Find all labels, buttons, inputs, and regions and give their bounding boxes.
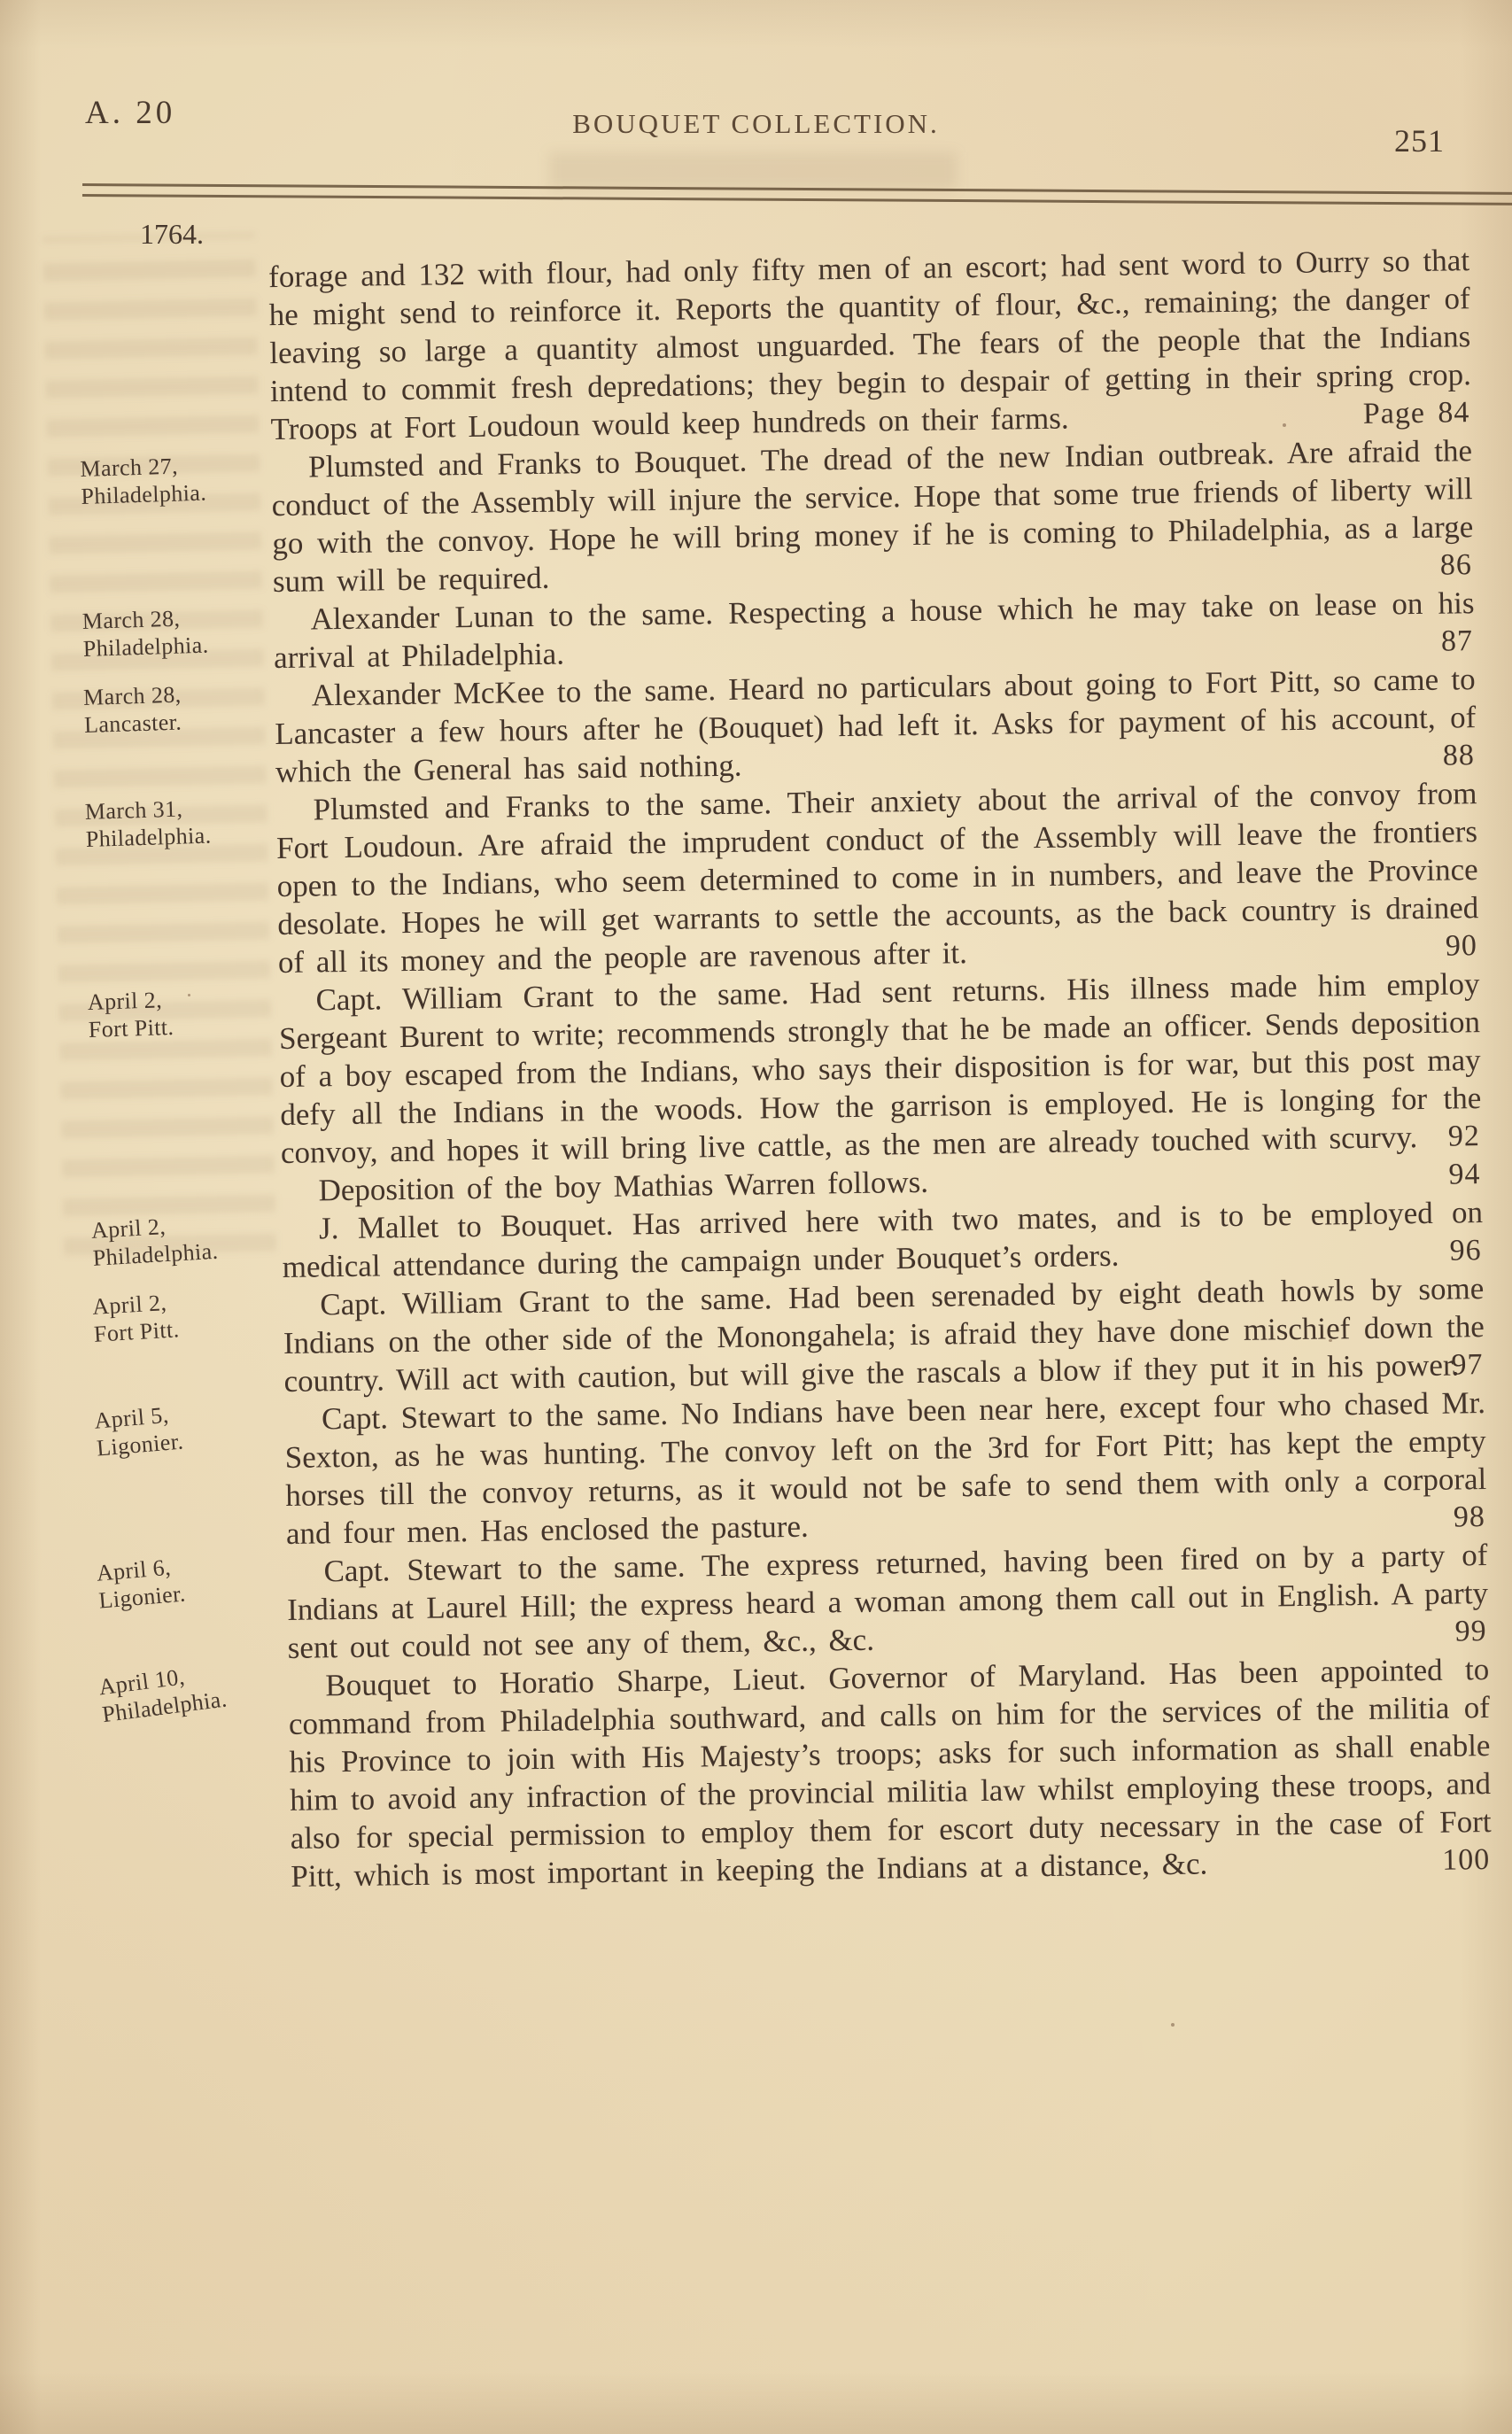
entry-row: April 6, Ligonier. Capt. Stewart to the … (93, 1536, 1489, 1670)
page-ref: 99 (1454, 1612, 1487, 1650)
margin-note: April 2, Fort Pitt. (85, 978, 284, 1174)
running-title: BOUQUET COLLECTION. (0, 108, 1512, 140)
entry-row: March 27, Philadelphia. Plumsted and Fra… (78, 431, 1474, 603)
entry-body: Plumsted and Franks to Bouquet. The drea… (271, 433, 1473, 599)
page-ref: Page 84 (1363, 393, 1470, 433)
margin-note: March 28, Lancaster. (81, 673, 277, 794)
entry-body: Bouquet to Horatio Sharpe, Lieut. Govern… (289, 1652, 1492, 1894)
entry-body: Alexander McKee to the same. Heard no pa… (275, 662, 1476, 789)
entry-text: Plumsted and Franks to Bouquet. The drea… (271, 431, 1474, 601)
entry-body: Capt. Stewart to the same. The express r… (287, 1538, 1488, 1665)
margin-note: April 10, Philadelphia. (95, 1645, 315, 1896)
entry-text: Alexander McKee to the same. Heard no pa… (274, 660, 1477, 791)
entry-body: Capt. William Grant to the same. Had sen… (279, 966, 1482, 1170)
entry-text: Bouquet to Horatio Sharpe, Lieut. Govern… (288, 1650, 1492, 1895)
entry-body: Capt. William Grant to the same. Had bee… (283, 1271, 1485, 1399)
entry-text: Capt. Stewart to the same. No Indians ha… (284, 1384, 1487, 1553)
page-number: 251 (1394, 122, 1445, 159)
entry-text: Capt. William Grant to the same. Had sen… (278, 965, 1482, 1172)
page-ref: 94 (1448, 1155, 1481, 1193)
entry-body: Deposition of the boy Mathias Warren fol… (318, 1165, 928, 1208)
entry-body: J. Mallet to Bouquet. Has arrived here w… (282, 1195, 1483, 1284)
paper-speck (1171, 2023, 1175, 2027)
entry-row: April 2, Fort Pitt. Capt. William Grant … (89, 1269, 1485, 1403)
show-through-ghost-title (549, 152, 957, 190)
margin-note: April 5, Ligonier. (91, 1387, 297, 1555)
entry-text: Plumsted and Franks to the same. Their a… (275, 774, 1479, 981)
year-label: 1764. (140, 218, 204, 251)
scanned-book-page: A. 20 BOUQUET COLLECTION. 251 1764. fora… (0, 0, 1512, 2434)
entry-row: April 2, Fort Pitt. Capt. William Grant … (85, 965, 1482, 1174)
page-ref: 92 (1448, 1117, 1481, 1155)
entry-row: April 10, Philadelphia. Bouquet to Horat… (95, 1650, 1492, 1898)
entry-row: March 28, Lancaster. Alexander McKee to … (81, 660, 1477, 794)
margin-note: March 28, Philadelphia. (80, 597, 275, 679)
margin-note: April 2, Philadelphia. (89, 1201, 286, 1288)
entry-text: forage and 132 with flour, had only fift… (268, 241, 1472, 448)
page-ref: 90 (1446, 926, 1478, 965)
entry-body: Alexander Lunan to the same. Respecting … (274, 585, 1475, 675)
calendar-entries: forage and 132 with flour, had only fift… (75, 241, 1493, 1898)
margin-note: April 2, Fort Pitt. (89, 1277, 289, 1402)
margin-note (75, 258, 271, 451)
page-ref: 87 (1441, 622, 1474, 660)
page-ref: 96 (1449, 1231, 1482, 1269)
entry-row: March 31, Philadelphia. Plumsted and Fra… (82, 774, 1479, 984)
page-ref: 88 (1443, 736, 1476, 774)
margin-note: March 31, Philadelphia. (82, 787, 282, 984)
page-ref: 100 (1442, 1841, 1491, 1880)
page-ref: 86 (1440, 546, 1473, 584)
entry-row: April 5, Ligonier. Capt. Stewart to the … (91, 1384, 1487, 1555)
margin-note: March 27, Philadelphia. (78, 445, 275, 603)
header-double-rule (82, 183, 1512, 205)
entry-text: Capt. Stewart to the same. The express r… (286, 1536, 1489, 1667)
entry-body: Plumsted and Franks to the same. Their a… (276, 776, 1479, 980)
page-ref: 98 (1454, 1498, 1486, 1536)
entry-row: forage and 132 with flour, had only fift… (75, 241, 1472, 451)
entry-body: Capt. Stewart to the same. No Indians ha… (284, 1385, 1486, 1551)
entry-text: Capt. William Grant to the same. Had bee… (283, 1269, 1485, 1400)
entry-body: forage and 132 with flour, had only fift… (268, 243, 1471, 446)
page-ref: 97 (1451, 1345, 1484, 1384)
